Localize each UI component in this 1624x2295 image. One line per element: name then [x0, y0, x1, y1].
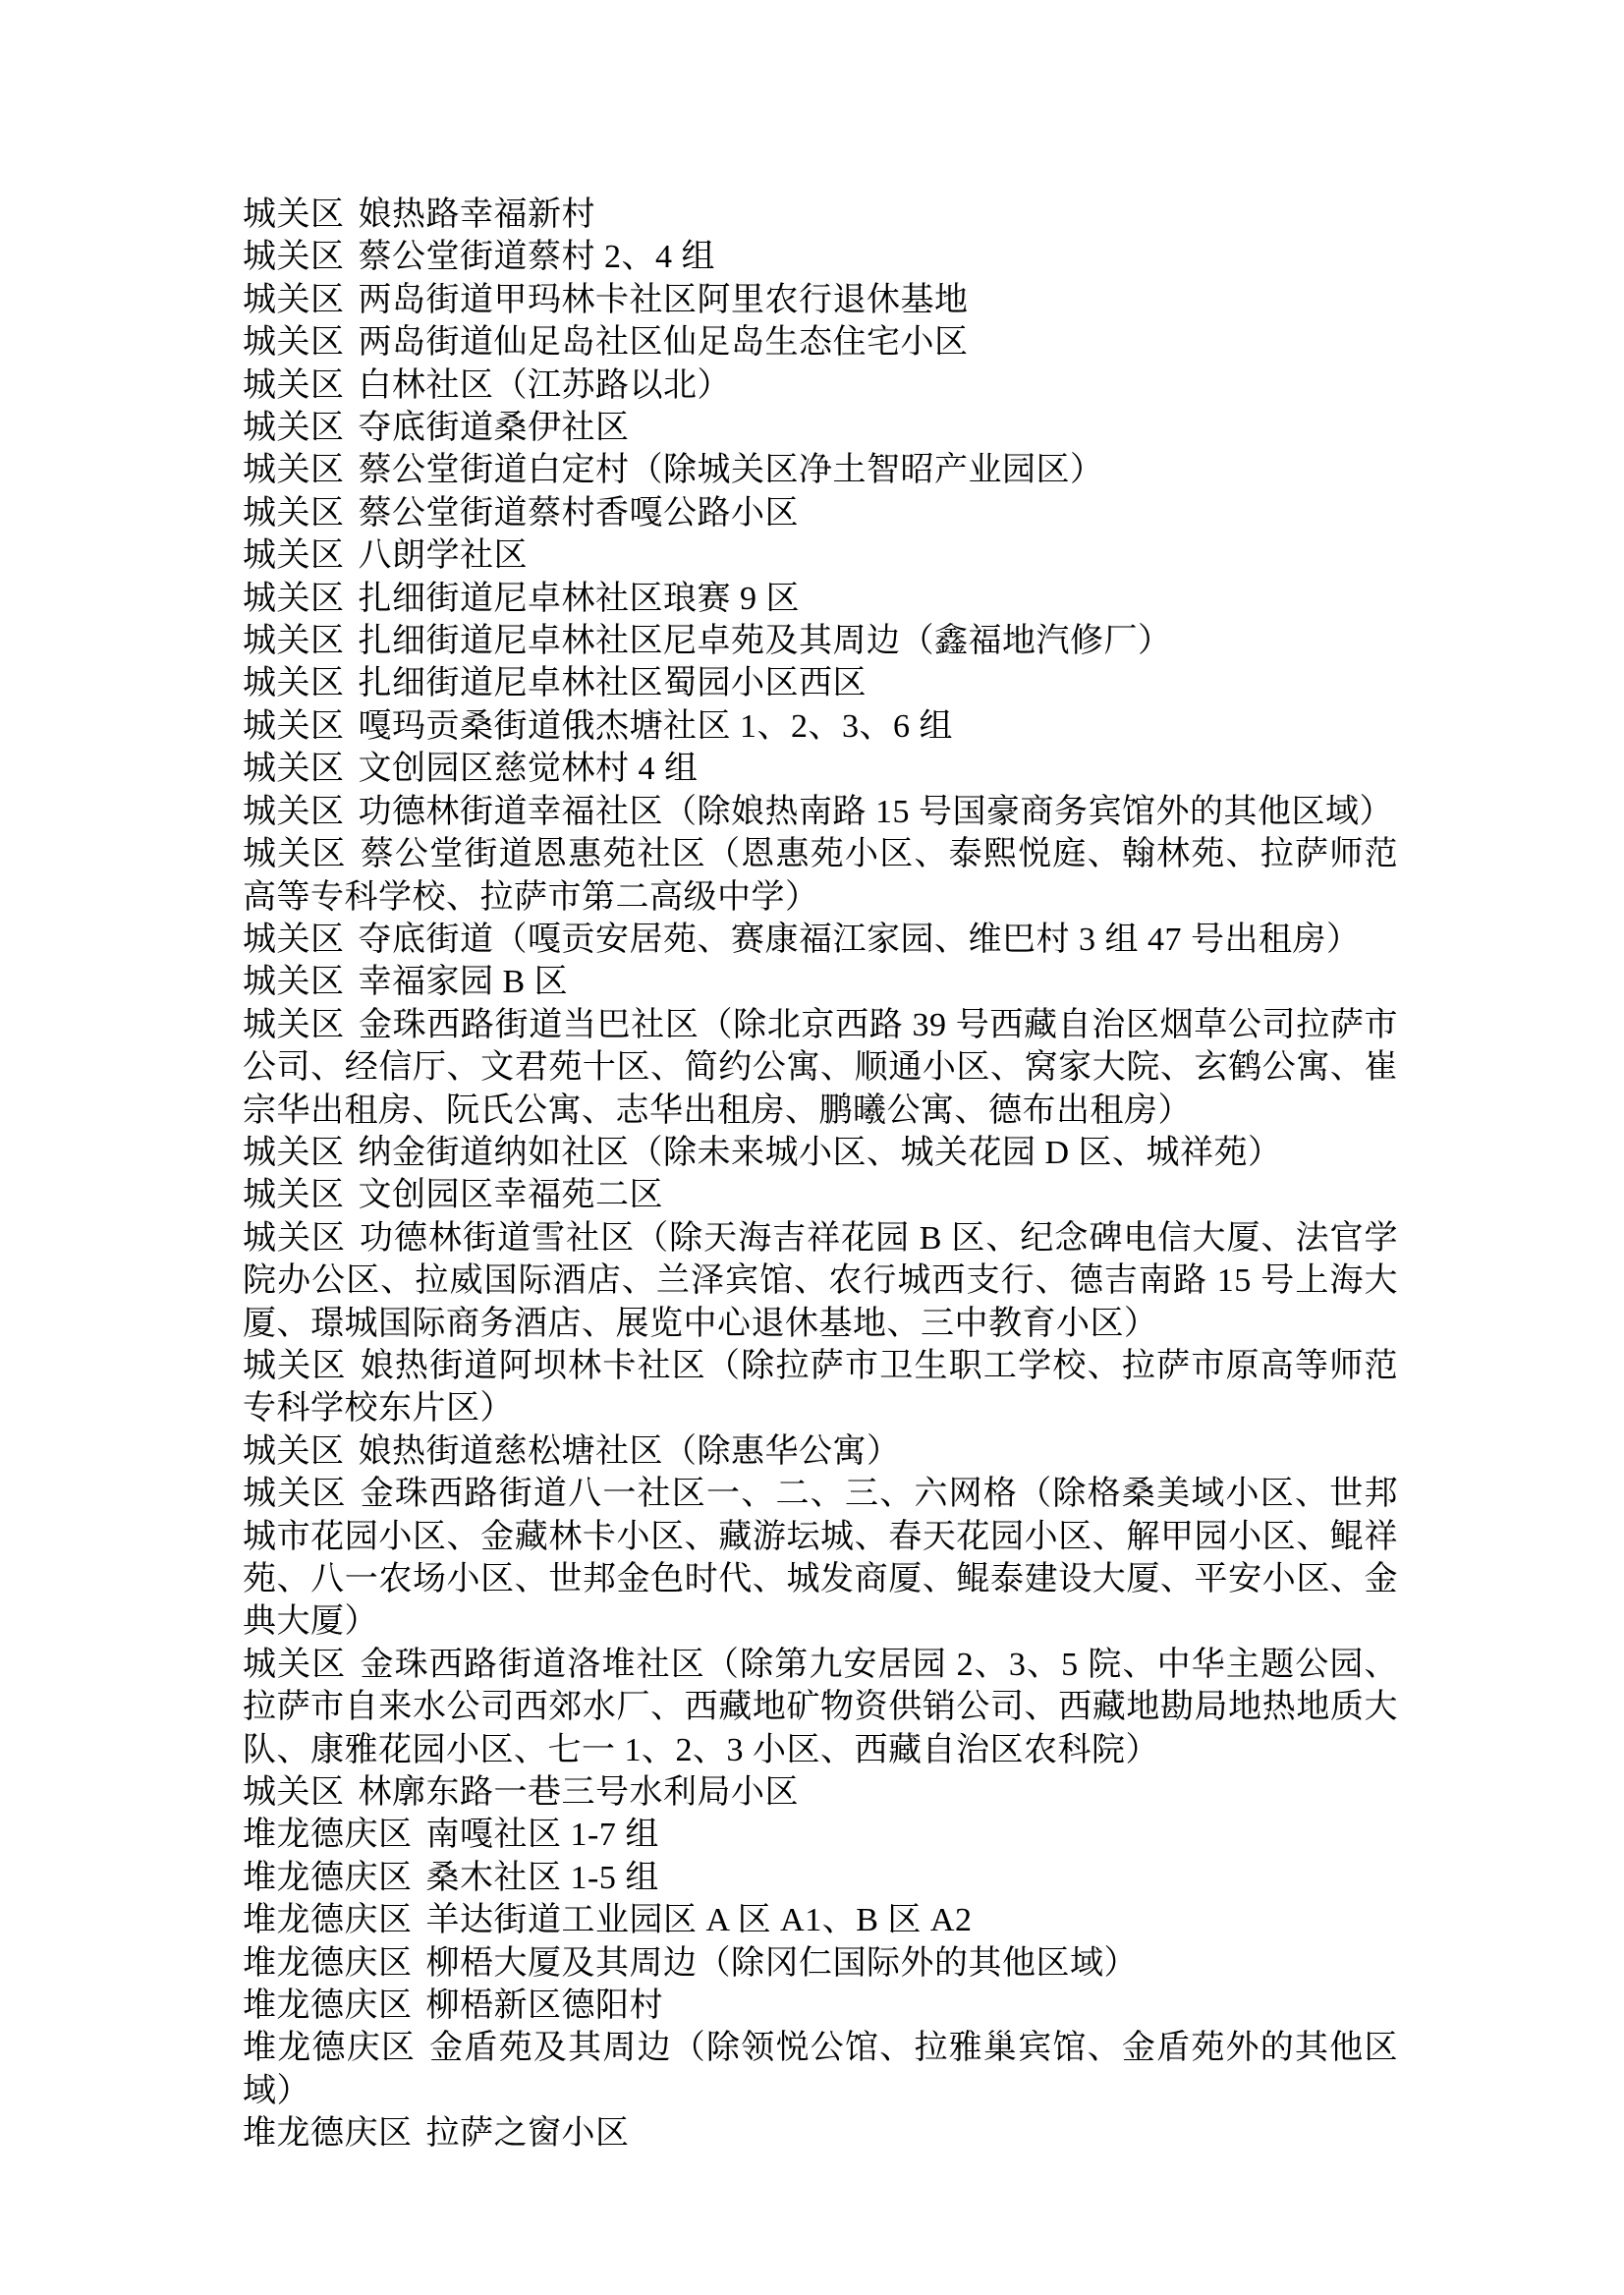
area-text: 柳梧大厦及其周边（除冈仁国际外的其他区域） — [426, 1945, 1139, 1982]
district-label: 城关区 — [243, 1220, 346, 1257]
zone-entry: 城关区夺底街道桑伊社区 — [243, 407, 1398, 449]
district-label: 堆龙德庆区 — [243, 1902, 413, 1938]
district-label: 城关区 — [243, 324, 345, 361]
area-text: 蔡公堂街道蔡村 2、4 组 — [359, 239, 716, 275]
zone-entry: 城关区功德林街道雪社区（除天海吉祥花园 B 区、纪念碑电信大厦、法官学院办公区、… — [243, 1217, 1398, 1345]
district-label: 城关区 — [243, 537, 345, 574]
area-text: 嘎玛贡桑街道俄杰塘社区 1、2、3、6 组 — [359, 708, 954, 745]
area-text: 两岛街道甲玛林卡社区阿里农行退休基地 — [359, 282, 969, 318]
district-label: 堆龙德庆区 — [243, 1817, 413, 1853]
zone-entry: 城关区嘎玛贡桑街道俄杰塘社区 1、2、3、6 组 — [243, 705, 1398, 748]
zone-entry: 堆龙德庆区柳梧大厦及其周边（除冈仁国际外的其他区域） — [243, 1942, 1398, 1985]
zone-entry: 城关区扎细街道尼卓林社区蜀园小区西区 — [243, 662, 1398, 704]
zone-entry: 城关区幸福家园 B 区 — [243, 961, 1398, 1003]
area-text: 纳金街道纳如社区（除未来城小区、城关花园 D 区、城祥苑） — [359, 1135, 1282, 1171]
area-text: 柳梧新区德阳村 — [426, 1987, 664, 2024]
area-text: 金珠西路街道当巴社区（除北京西路 39 号西藏自治区烟草公司拉萨市公司、经信厅、… — [243, 1007, 1398, 1129]
zone-entry: 城关区蔡公堂街道恩惠苑社区（恩惠苑小区、泰熙悦庭、翰林苑、拉萨师范高等专科学校、… — [243, 833, 1398, 919]
district-label: 城关区 — [243, 196, 345, 233]
zone-entry: 城关区扎细街道尼卓林社区琅赛 9 区 — [243, 578, 1398, 620]
district-label: 堆龙德庆区 — [243, 1987, 413, 2024]
zone-entry: 城关区夺底街道（嘎贡安居苑、赛康福江家园、维巴村 3 组 47 号出租房） — [243, 919, 1398, 961]
area-text: 夺底街道桑伊社区 — [359, 410, 630, 446]
district-label: 城关区 — [243, 1774, 345, 1811]
zone-entry: 城关区林廓东路一巷三号水利局小区 — [243, 1771, 1398, 1814]
district-label: 城关区 — [243, 1476, 347, 1512]
district-label: 城关区 — [243, 1135, 345, 1171]
district-label: 城关区 — [243, 1433, 345, 1470]
area-text: 金珠西路街道洛堆社区（除第九安居园 2、3、5 院、中华主题公园、拉萨市自来水公… — [243, 1647, 1398, 1768]
area-text: 桑木社区 1-5 组 — [426, 1860, 659, 1896]
area-text: 蔡公堂街道白定村（除城关区净土智昭产业园区） — [359, 452, 1104, 488]
document-page: 城关区娘热路幸福新村城关区蔡公堂街道蔡村 2、4 组城关区两岛街道甲玛林卡社区阿… — [0, 0, 1624, 2295]
zone-entry: 城关区金珠西路街道洛堆社区（除第九安居园 2、3、5 院、中华主题公园、拉萨市自… — [243, 1644, 1398, 1771]
district-label: 城关区 — [243, 665, 345, 701]
area-text: 扎细街道尼卓林社区琅赛 9 区 — [359, 581, 801, 617]
district-label: 城关区 — [243, 1007, 345, 1043]
zone-entry: 城关区金珠西路街道当巴社区（除北京西路 39 号西藏自治区烟草公司拉萨市公司、经… — [243, 1004, 1398, 1132]
district-label: 城关区 — [243, 581, 345, 617]
area-text: 扎细街道尼卓林社区尼卓苑及其周边（鑫福地汽修厂） — [359, 623, 1172, 659]
area-text: 娘热街道慈松塘社区（除惠华公寓） — [359, 1433, 901, 1470]
zone-entry: 城关区扎细街道尼卓林社区尼卓苑及其周边（鑫福地汽修厂） — [243, 620, 1398, 662]
district-label: 城关区 — [243, 836, 347, 872]
zone-entry: 城关区娘热路幸福新村 — [243, 194, 1398, 236]
area-text: 金珠西路街道八一社区一、二、三、六网格（除格桑美域小区、世邦城市花园小区、金藏林… — [243, 1476, 1398, 1640]
district-label: 城关区 — [243, 495, 345, 532]
zone-entry: 城关区蔡公堂街道蔡村 2、4 组 — [243, 236, 1398, 278]
district-label: 堆龙德庆区 — [243, 2115, 413, 2152]
district-label: 堆龙德庆区 — [243, 1945, 413, 1982]
district-label: 城关区 — [243, 239, 345, 275]
area-text: 林廓东路一巷三号水利局小区 — [359, 1774, 800, 1811]
area-text: 文创园区慈觉林村 4 组 — [359, 751, 699, 787]
zone-entry: 城关区娘热街道慈松塘社区（除惠华公寓） — [243, 1430, 1398, 1473]
area-text: 功德林街道幸福社区（除娘热南路 15 号国豪商务宾馆外的其他区域） — [359, 794, 1394, 830]
district-label: 城关区 — [243, 282, 345, 318]
zone-entry: 堆龙德庆区桑木社区 1-5 组 — [243, 1857, 1398, 1899]
zone-list: 城关区娘热路幸福新村城关区蔡公堂街道蔡村 2、4 组城关区两岛街道甲玛林卡社区阿… — [243, 194, 1398, 2155]
area-text: 功德林街道雪社区（除天海吉祥花园 B 区、纪念碑电信大厦、法官学院办公区、拉威国… — [243, 1220, 1398, 1342]
district-label: 城关区 — [243, 1647, 346, 1683]
zone-entry: 堆龙德庆区羊达街道工业园区 A 区 A1、B 区 A2 — [243, 1899, 1398, 1941]
district-label: 城关区 — [243, 964, 345, 1000]
district-label: 城关区 — [243, 1348, 347, 1384]
zone-entry: 城关区两岛街道甲玛林卡社区阿里农行退休基地 — [243, 279, 1398, 321]
district-label: 城关区 — [243, 708, 345, 745]
zone-entry: 城关区功德林街道幸福社区（除娘热南路 15 号国豪商务宾馆外的其他区域） — [243, 791, 1398, 833]
area-text: 夺底街道（嘎贡安居苑、赛康福江家园、维巴村 3 组 47 号出租房） — [359, 922, 1361, 958]
area-text: 八朗学社区 — [359, 537, 529, 574]
area-text: 文创园区幸福苑二区 — [359, 1177, 664, 1213]
area-text: 金盾苑及其周边（除领悦公馆、拉雅巢宾馆、金盾苑外的其他区域） — [243, 2030, 1398, 2108]
zone-entry: 堆龙德庆区拉萨之窗小区 — [243, 2112, 1398, 2155]
district-label: 堆龙德庆区 — [243, 2030, 416, 2066]
area-text: 扎细街道尼卓林社区蜀园小区西区 — [359, 665, 868, 701]
zone-entry: 城关区白林社区（江苏路以北） — [243, 364, 1398, 407]
zone-entry: 堆龙德庆区柳梧新区德阳村 — [243, 1985, 1398, 2027]
area-text: 娘热街道阿坝林卡社区（除拉萨市卫生职工学校、拉萨市原高等师范专科学校东片区） — [243, 1348, 1398, 1427]
district-label: 城关区 — [243, 367, 345, 404]
district-label: 城关区 — [243, 751, 345, 787]
zone-entry: 城关区蔡公堂街道蔡村香嘎公路小区 — [243, 492, 1398, 534]
area-text: 羊达街道工业园区 A 区 A1、B 区 A2 — [426, 1902, 973, 1938]
area-text: 幸福家园 B 区 — [359, 964, 569, 1000]
zone-entry: 城关区娘热街道阿坝林卡社区（除拉萨市卫生职工学校、拉萨市原高等师范专科学校东片区… — [243, 1345, 1398, 1430]
district-label: 城关区 — [243, 623, 345, 659]
zone-entry: 堆龙德庆区金盾苑及其周边（除领悦公馆、拉雅巢宾馆、金盾苑外的其他区域） — [243, 2027, 1398, 2112]
district-label: 城关区 — [243, 922, 345, 958]
area-text: 白林社区（江苏路以北） — [359, 367, 732, 404]
area-text: 蔡公堂街道恩惠苑社区（恩惠苑小区、泰熙悦庭、翰林苑、拉萨师范高等专科学校、拉萨市… — [243, 836, 1398, 915]
zone-entry: 城关区蔡公堂街道白定村（除城关区净土智昭产业园区） — [243, 449, 1398, 491]
zone-entry: 城关区文创园区幸福苑二区 — [243, 1174, 1398, 1216]
area-text: 娘热路幸福新村 — [359, 196, 596, 233]
district-label: 城关区 — [243, 452, 345, 488]
area-text: 两岛街道仙足岛社区仙足岛生态住宅小区 — [359, 324, 969, 361]
district-label: 城关区 — [243, 794, 345, 830]
zone-entry: 城关区纳金街道纳如社区（除未来城小区、城关花园 D 区、城祥苑） — [243, 1132, 1398, 1174]
zone-entry: 城关区金珠西路街道八一社区一、二、三、六网格（除格桑美域小区、世邦城市花园小区、… — [243, 1473, 1398, 1644]
zone-entry: 城关区两岛街道仙足岛社区仙足岛生态住宅小区 — [243, 321, 1398, 364]
district-label: 城关区 — [243, 410, 345, 446]
area-text: 拉萨之窗小区 — [426, 2115, 630, 2152]
area-text: 南嘎社区 1-7 组 — [426, 1817, 659, 1853]
zone-entry: 城关区八朗学社区 — [243, 534, 1398, 577]
district-label: 堆龙德庆区 — [243, 1860, 413, 1896]
area-text: 蔡公堂街道蔡村香嘎公路小区 — [359, 495, 800, 532]
zone-entry: 堆龙德庆区南嘎社区 1-7 组 — [243, 1814, 1398, 1856]
district-label: 城关区 — [243, 1177, 345, 1213]
zone-entry: 城关区文创园区慈觉林村 4 组 — [243, 748, 1398, 790]
